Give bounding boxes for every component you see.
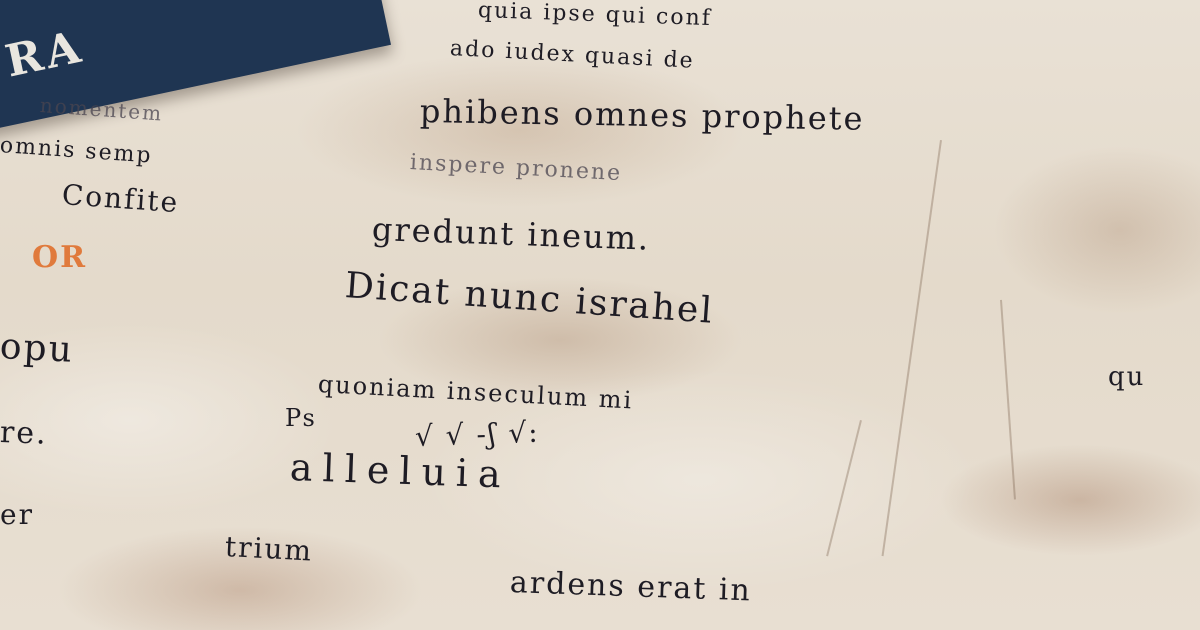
neume-notation: √ √ -ʃ √: <box>414 416 540 453</box>
manuscript-line: opu <box>0 326 75 371</box>
rubric-initial: OR <box>32 240 87 275</box>
manuscript-line: trium <box>224 530 314 568</box>
manuscript-line: er <box>0 498 34 531</box>
manuscript-line: re. <box>0 415 48 452</box>
bookmark-text: RA <box>1 21 89 87</box>
manuscript-line: qu <box>1108 362 1145 392</box>
manuscript-line: Ps <box>285 404 317 432</box>
manuscript-line: alleluia <box>289 445 511 497</box>
manuscript-line: phibens omnes prophete <box>420 92 865 138</box>
